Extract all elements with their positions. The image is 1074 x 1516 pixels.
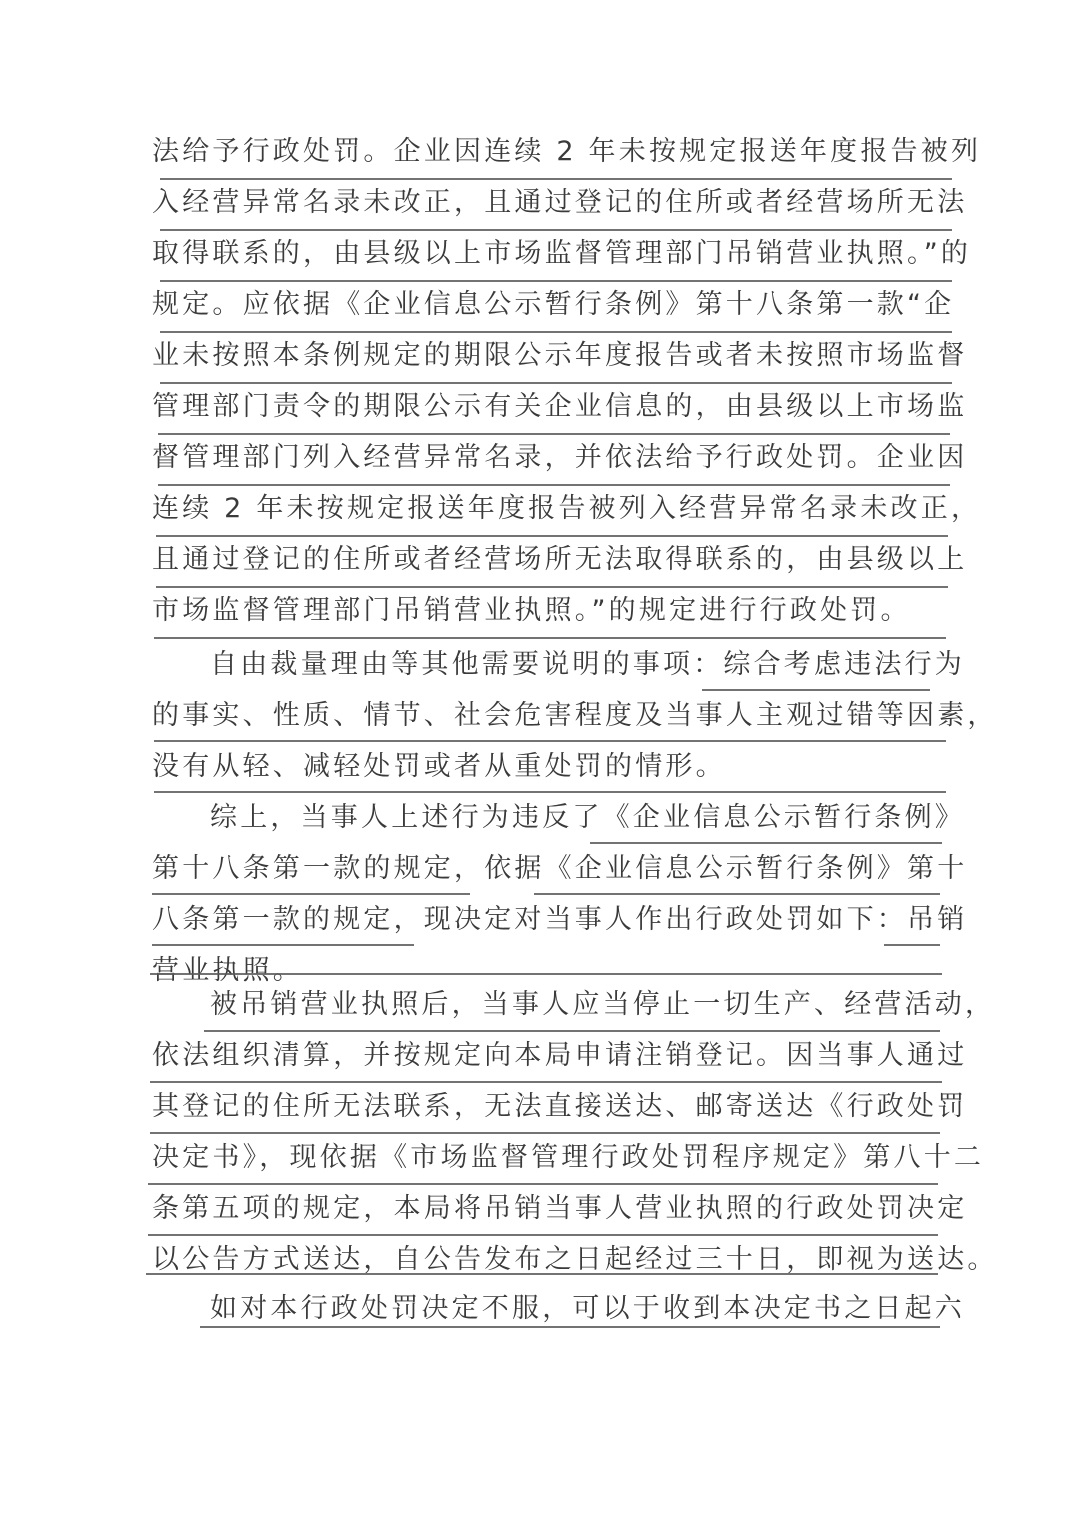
- text-line: 自由裁量理由等其他需要说明的事项：综合考虑违法行为: [152, 645, 952, 689]
- text-line: 依法组织清算，并按规定向本局申请注销登记。因当事人通过: [152, 1036, 952, 1080]
- underline: [154, 791, 946, 793]
- underline: [160, 331, 952, 333]
- underline: [884, 944, 940, 946]
- text-line: 入经营异常名录未改正，且通过登记的住所或者经营场所无法: [152, 183, 952, 227]
- underline: [146, 1273, 938, 1275]
- underline: [590, 842, 942, 844]
- text-line: 市场监督管理部门吊销营业执照。”的规定进行行政处罚。: [152, 591, 952, 635]
- text-line: 其登记的住所无法联系，无法直接送达、邮寄送达《行政处罚: [152, 1087, 952, 1131]
- underline: [148, 1183, 938, 1185]
- text-line: 业未按照本条例规定的期限公示年度报告或者未按照市场监督: [152, 336, 952, 380]
- text-line: 管理部门责令的期限公示有关企业信息的，由县级以上市场监: [152, 387, 952, 431]
- text-line: 督管理部门列入经营异常名录，并依法给予行政处罚。企业因: [152, 438, 952, 482]
- underline: [150, 973, 942, 975]
- underline: [204, 1030, 940, 1032]
- underline: [702, 689, 930, 691]
- text-line: 决定书》，现依据《市场监督管理行政处罚程序规定》第八十二: [152, 1138, 952, 1182]
- text-line: 条第五项的规定，本局将吊销当事人营业执照的行政处罚决定: [152, 1189, 952, 1233]
- underline: [160, 382, 952, 384]
- underline: [150, 1132, 940, 1134]
- text-line: 且通过登记的住所或者经营场所无法取得联系的，由县级以上: [152, 540, 952, 584]
- text-line: 综上，当事人上述行为违反了《企业信息公示暂行条例》: [152, 798, 952, 842]
- underline: [150, 1081, 942, 1083]
- text-line: 八条第一款的规定，现决定对当事人作出行政处罚如下：吊销: [152, 900, 952, 944]
- underline: [160, 229, 952, 231]
- underline: [158, 433, 950, 435]
- text-line: 连续 2 年未按规定报送年度报告被列入经营异常名录未改正，: [152, 489, 952, 533]
- underline: [152, 893, 470, 895]
- text-line: 取得联系的，由县级以上市场监督管理部门吊销营业执照。”的: [152, 234, 952, 278]
- underline: [148, 1234, 938, 1236]
- underline: [154, 637, 946, 639]
- text-line: 法给予行政处罚。企业因连续 2 年未按规定报送年度报告被列: [152, 132, 952, 176]
- underline: [160, 280, 952, 282]
- underline: [200, 1326, 940, 1328]
- text-line: 被吊销营业执照后，当事人应当停止一切生产、经营活动，: [152, 985, 952, 1029]
- underline: [160, 178, 952, 180]
- underline: [534, 893, 940, 895]
- text-line: 没有从轻、减轻处罚或者从重处罚的情形。: [152, 747, 952, 791]
- underline: [154, 740, 946, 742]
- underline: [156, 586, 948, 588]
- underline: [156, 535, 948, 537]
- text-line: 的事实、性质、情节、社会危害程度及当事人主观过错等因素，: [152, 696, 952, 740]
- underline: [152, 944, 414, 946]
- document-page: 法给予行政处罚。企业因连续 2 年未按规定报送年度报告被列 入经营异常名录未改正…: [0, 0, 1074, 1516]
- underline: [158, 484, 950, 486]
- text-line: 规定。应依据《企业信息公示暂行条例》第十八条第一款“企: [152, 285, 952, 329]
- text-line: 以公告方式送达，自公告发布之日起经过三十日，即视为送达。: [152, 1240, 952, 1284]
- text-line: 第十八条第一款的规定，依据《企业信息公示暂行条例》第十: [152, 849, 952, 893]
